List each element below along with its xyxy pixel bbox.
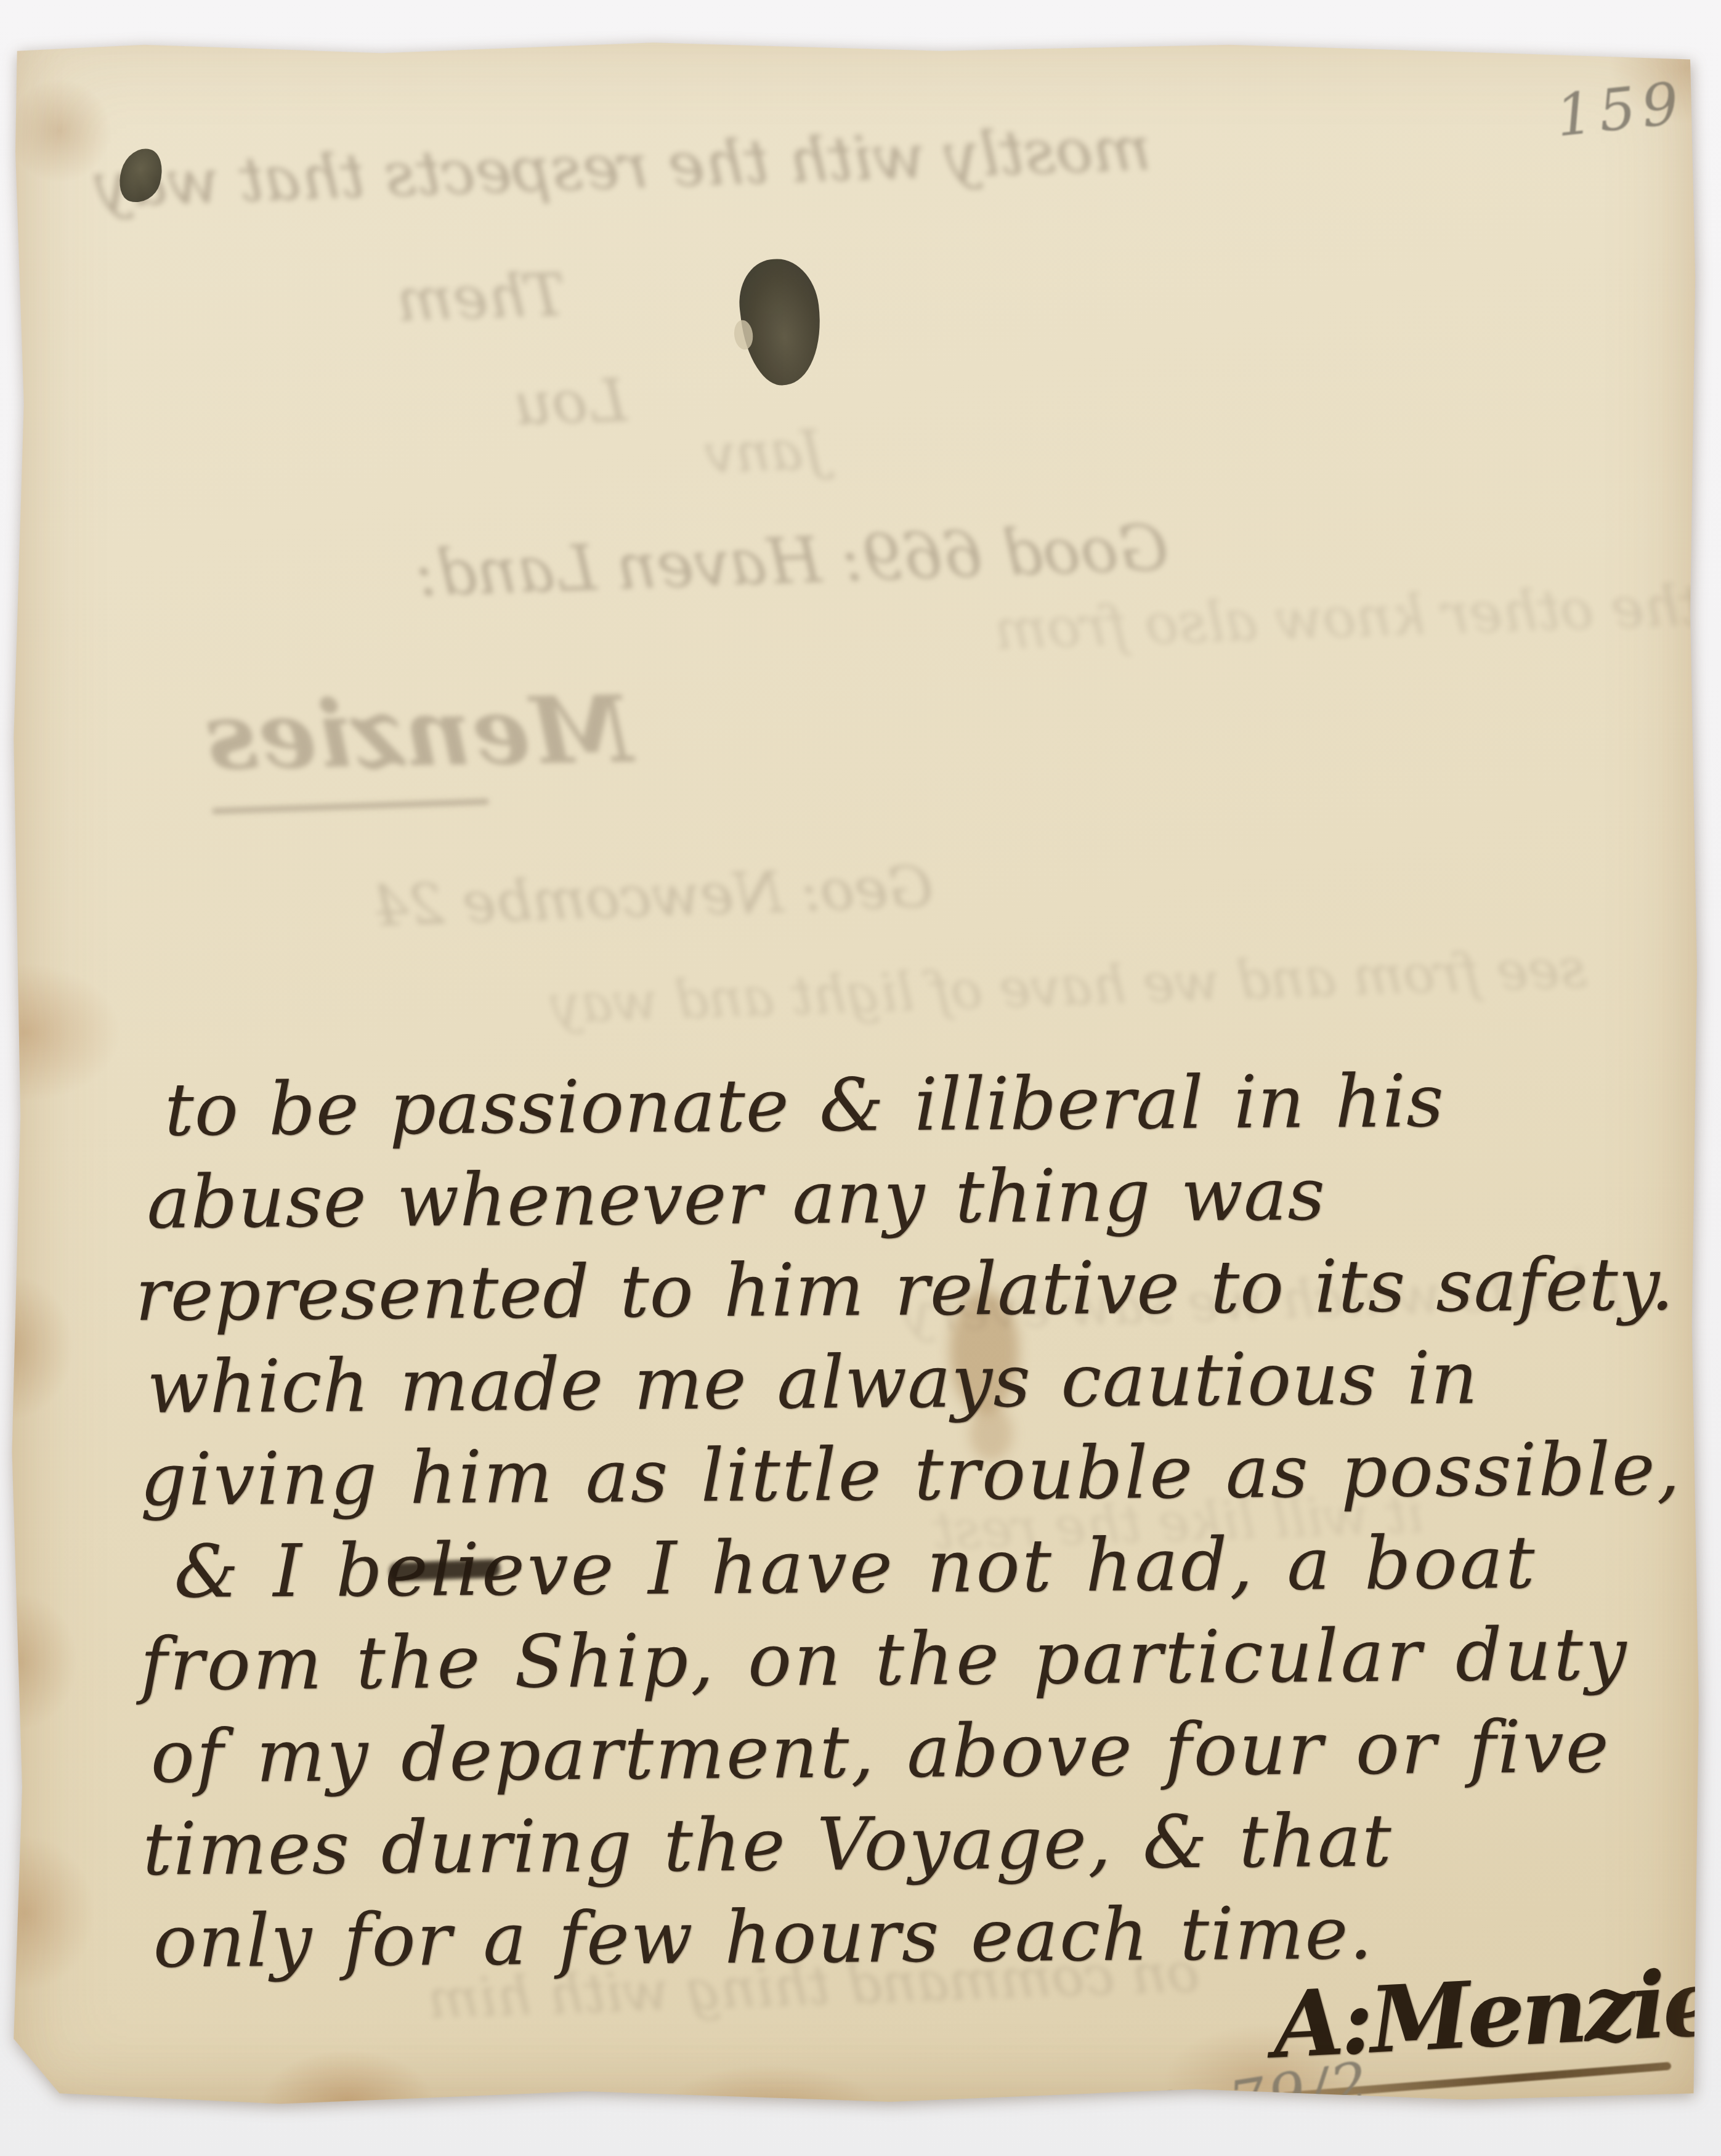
ink-correction-smudge xyxy=(389,1559,501,1581)
bleedthrough-signature-underline xyxy=(212,798,489,814)
letter-line: represented to him relative to its safet… xyxy=(135,1238,1681,1341)
bleedthrough-line: see from and we have of light and way xyxy=(550,938,1588,1036)
letter-line: giving him as little trouble as possible… xyxy=(140,1422,1682,1525)
letter-page: mostly with the respects that way Them L… xyxy=(9,26,1704,2123)
bleedthrough-line: mostly with the respects that way xyxy=(94,112,1152,221)
letter-line: to be passionate & illiberal in his xyxy=(164,1053,1680,1156)
paper-wrapper: mostly with the respects that way Them L… xyxy=(0,0,1721,2156)
bleedthrough-line: Them xyxy=(395,260,566,334)
bleedthrough-signature: Menzies xyxy=(205,675,634,791)
letter-line: from the Ship, on the particular duty xyxy=(140,1607,1683,1710)
bleedthrough-line: Janv xyxy=(703,418,825,486)
bleedthrough-line: Lou xyxy=(512,366,628,439)
letter-body: to be passionate & illiberal in his abus… xyxy=(136,1053,1685,1987)
bleedthrough-line: Geo: Newcombe 24 xyxy=(371,854,934,939)
ink-blot-large xyxy=(734,254,828,389)
letter-line: times during the Voyage, & that xyxy=(142,1792,1685,1895)
letter-line: of my department, above four or five xyxy=(150,1700,1684,1802)
folio-number: 159 xyxy=(1553,70,1688,150)
archive-reference: A 79/2 xyxy=(1143,2049,1375,2150)
letter-line: abuse whenever any thing was xyxy=(147,1145,1680,1248)
scan-background: mostly with the respects that way Them L… xyxy=(0,0,1721,2156)
letter-line: which made me always cautious in xyxy=(147,1330,1682,1433)
